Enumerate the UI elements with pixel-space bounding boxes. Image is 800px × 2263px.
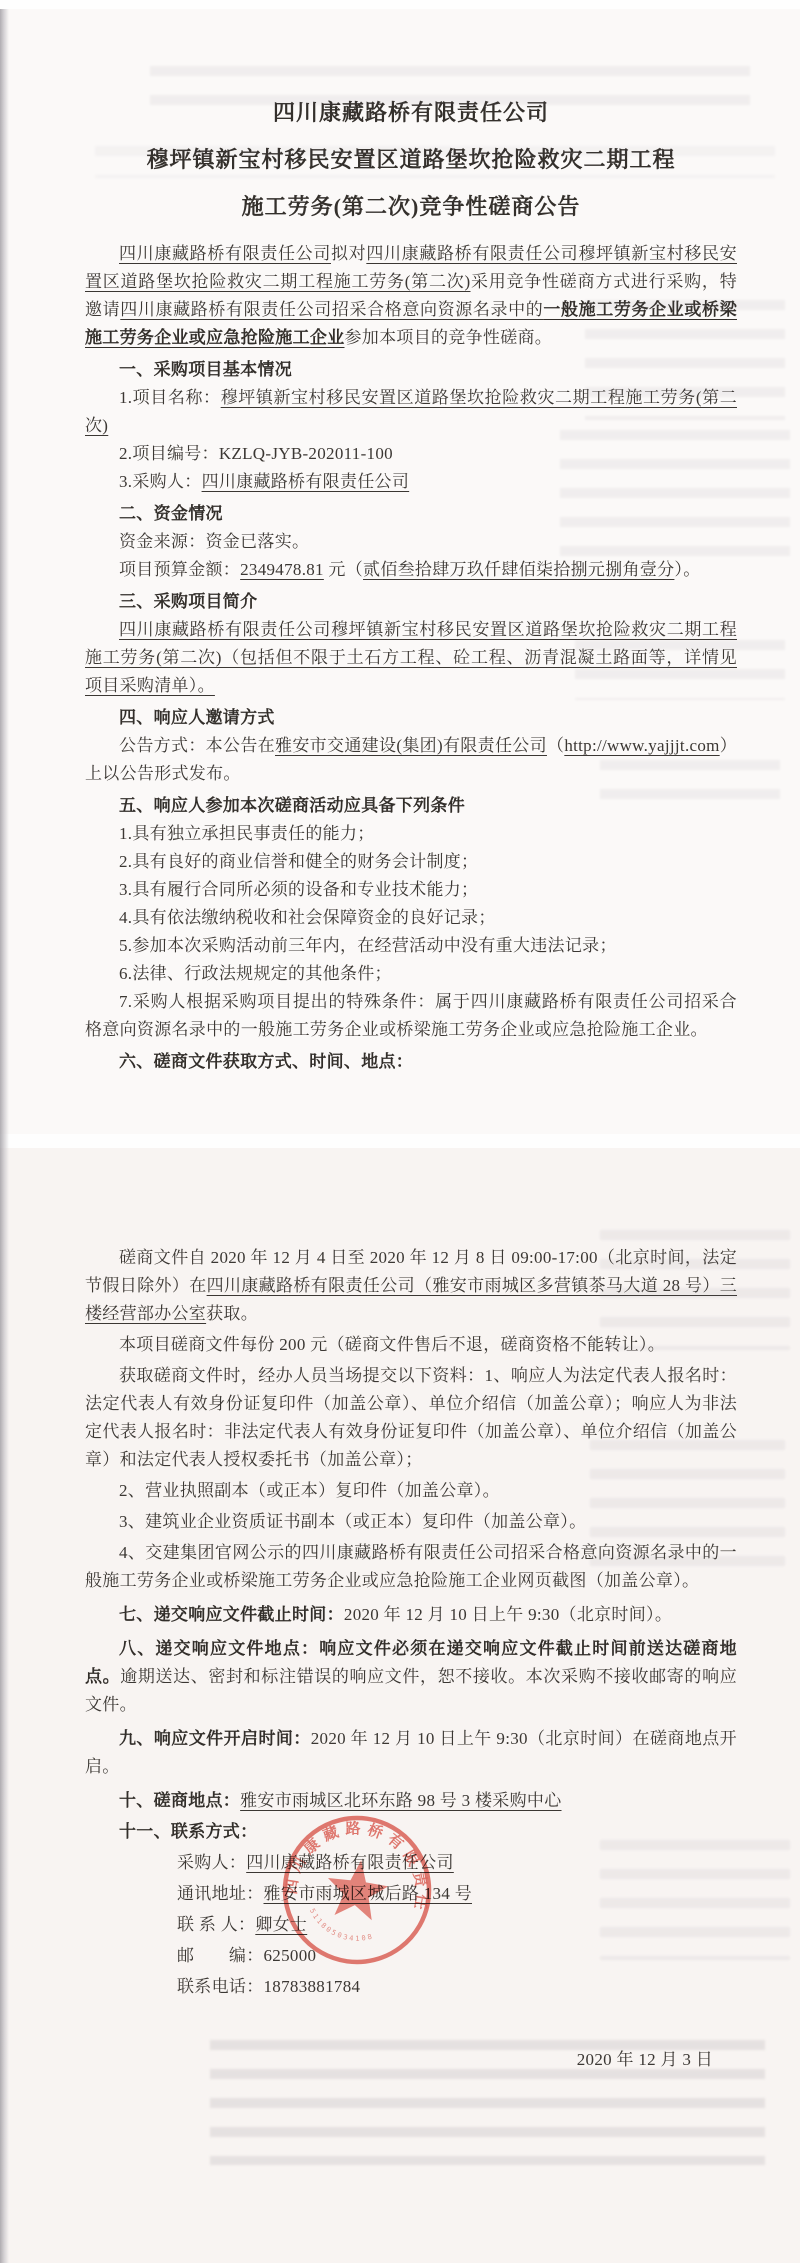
page-separator <box>0 1134 800 1148</box>
materials-paragraph: 获取磋商文件时，经办人员当场提交以下资料：1、响应人为法定代表人报名时：法定代表… <box>85 1362 737 1474</box>
section-6-header: 六、磋商文件获取方式、时间、地点： <box>85 1048 737 1076</box>
material-2: 2、营业执照副本（或正本）复印件（加盖公章）。 <box>85 1477 737 1505</box>
condition-6: 6.法律、行政法规规定的其他条件； <box>85 960 737 988</box>
contact-rows: 采购人：四川康藏路桥有限责任公司通讯地址：雅安市雨城区城后路 134 号联 系 … <box>85 1849 737 2001</box>
contact-person: 联 系 人：卿女士 <box>85 1911 737 1939</box>
material-4: 4、交建集团官网公示的四川康藏路桥有限责任公司招采合格意向资源名录中的一般施工劳… <box>85 1539 737 1595</box>
section-5-header: 五、响应人参加本次磋商活动应具备下列条件 <box>85 792 737 820</box>
contact-purchaser: 采购人：四川康藏路桥有限责任公司 <box>85 1849 737 1877</box>
doc-title-line-2: 穆坪镇新宝村移民安置区道路堡坎抢险救灾二期工程 <box>85 136 737 183</box>
contact-address: 通讯地址：雅安市雨城区城后路 134 号 <box>85 1880 737 1908</box>
doc-title-line-1: 四川康藏路桥有限责任公司 <box>85 89 737 136</box>
project-brief-paragraph: 四川康藏路桥有限责任公司穆坪镇新宝村移民安置区道路堡坎抢险救灾二期工程施工劳务(… <box>85 616 737 700</box>
scan-top-strip <box>0 0 800 9</box>
purchaser-item: 3.采购人：四川康藏路桥有限责任公司 <box>85 468 737 496</box>
document-title: 四川康藏路桥有限责任公司穆坪镇新宝村移民安置区道路堡坎抢险救灾二期工程施工劳务(… <box>85 89 737 230</box>
doc-date: 2020 年 12 月 3 日 <box>85 2046 737 2074</box>
condition-5: 5.参加本次采购活动前三年内，在经营活动中没有重大违法记录； <box>85 932 737 960</box>
condition-3: 3.具有履行合同所必须的设备和专业技术能力； <box>85 876 737 904</box>
page2-body: 磋商文件自 2020 年 12 月 4 日至 2020 年 12 月 8 日 0… <box>85 1244 737 1846</box>
condition-7: 7.采购人根据采购项目提出的特殊条件：属于四川康藏路桥有限责任公司招采合格意向资… <box>85 988 737 1044</box>
section-1-header: 一、采购项目基本情况 <box>85 356 737 384</box>
page-1: 四川康藏路桥有限责任公司穆坪镇新宝村移民安置区道路堡坎抢险救灾二期工程施工劳务(… <box>0 9 800 1134</box>
doc-title-line-3: 施工劳务(第二次)竞争性磋商公告 <box>85 183 737 230</box>
announcement-method-paragraph: 公告方式：本公告在雅安市交通建设(集团)有限责任公司（http://www.ya… <box>85 732 737 788</box>
condition-2: 2.具有良好的商业信誉和健全的财务会计制度； <box>85 848 737 876</box>
section-10-line: 十、磋商地点：雅安市雨城区北环东路 98 号 3 楼采购中心 <box>85 1787 737 1815</box>
section-2-header: 二、资金情况 <box>85 500 737 528</box>
budget-line: 项目预算金额：2349478.81 元（贰佰叁拾肆万玖仟肆佰柒拾捌元捌角壹分）。 <box>85 556 737 584</box>
contact-block: 采购人：四川康藏路桥有限责任公司通讯地址：雅安市雨城区城后路 134 号联 系 … <box>85 1849 737 2001</box>
section-7-line: 七、递交响应文件截止时间：2020 年 12 月 10 日上午 9:30（北京时… <box>85 1601 737 1629</box>
contact-phone: 联系电话：18783881784 <box>85 1973 737 2001</box>
condition-4: 4.具有依法缴纳税收和社会保障资金的良好记录； <box>85 904 737 932</box>
doc-price-paragraph: 本项目磋商文件每份 200 元（磋商文件售后不退，磋商资格不能转让）。 <box>85 1331 737 1359</box>
material-3: 3、建筑业企业资质证书副本（或正本）复印件（加盖公章）。 <box>85 1508 737 1536</box>
page1-body: 四川康藏路桥有限责任公司拟对四川康藏路桥有限责任公司穆坪镇新宝村移民安置区道路堡… <box>85 240 737 1076</box>
doc-obtain-paragraph: 磋商文件自 2020 年 12 月 4 日至 2020 年 12 月 8 日 0… <box>85 1244 737 1328</box>
condition-1: 1.具有独立承担民事责任的能力； <box>85 820 737 848</box>
intro-paragraph: 四川康藏路桥有限责任公司拟对四川康藏路桥有限责任公司穆坪镇新宝村移民安置区道路堡… <box>85 240 737 352</box>
section-9-paragraph: 九、响应文件开启时间：2020 年 12 月 10 日上午 9:30（北京时间）… <box>85 1725 737 1781</box>
fund-source-line: 资金来源：资金已落实。 <box>85 528 737 556</box>
project-name-item: 1.项目名称：穆坪镇新宝村移民安置区道路堡坎抢险救灾二期工程施工劳务(第二次) <box>85 384 737 440</box>
section-4-header: 四、响应人邀请方式 <box>85 704 737 732</box>
scanned-document: 四川康藏路桥有限责任公司穆坪镇新宝村移民安置区道路堡坎抢险救灾二期工程施工劳务(… <box>0 0 800 2263</box>
section-8-paragraph: 八、递交响应文件地点：响应文件必须在递交响应文件截止时间前送达磋商地点。逾期送达… <box>85 1635 737 1719</box>
page-2: 磋商文件自 2020 年 12 月 4 日至 2020 年 12 月 8 日 0… <box>0 1148 800 2263</box>
contact-zipcode: 邮 编：625000 <box>85 1942 737 1970</box>
project-number-item: 2.项目编号：KZLQ-JYB-202011-100 <box>85 440 737 468</box>
section-11-header: 十一、联系方式： <box>85 1818 737 1846</box>
section-3-header: 三、采购项目简介 <box>85 588 737 616</box>
